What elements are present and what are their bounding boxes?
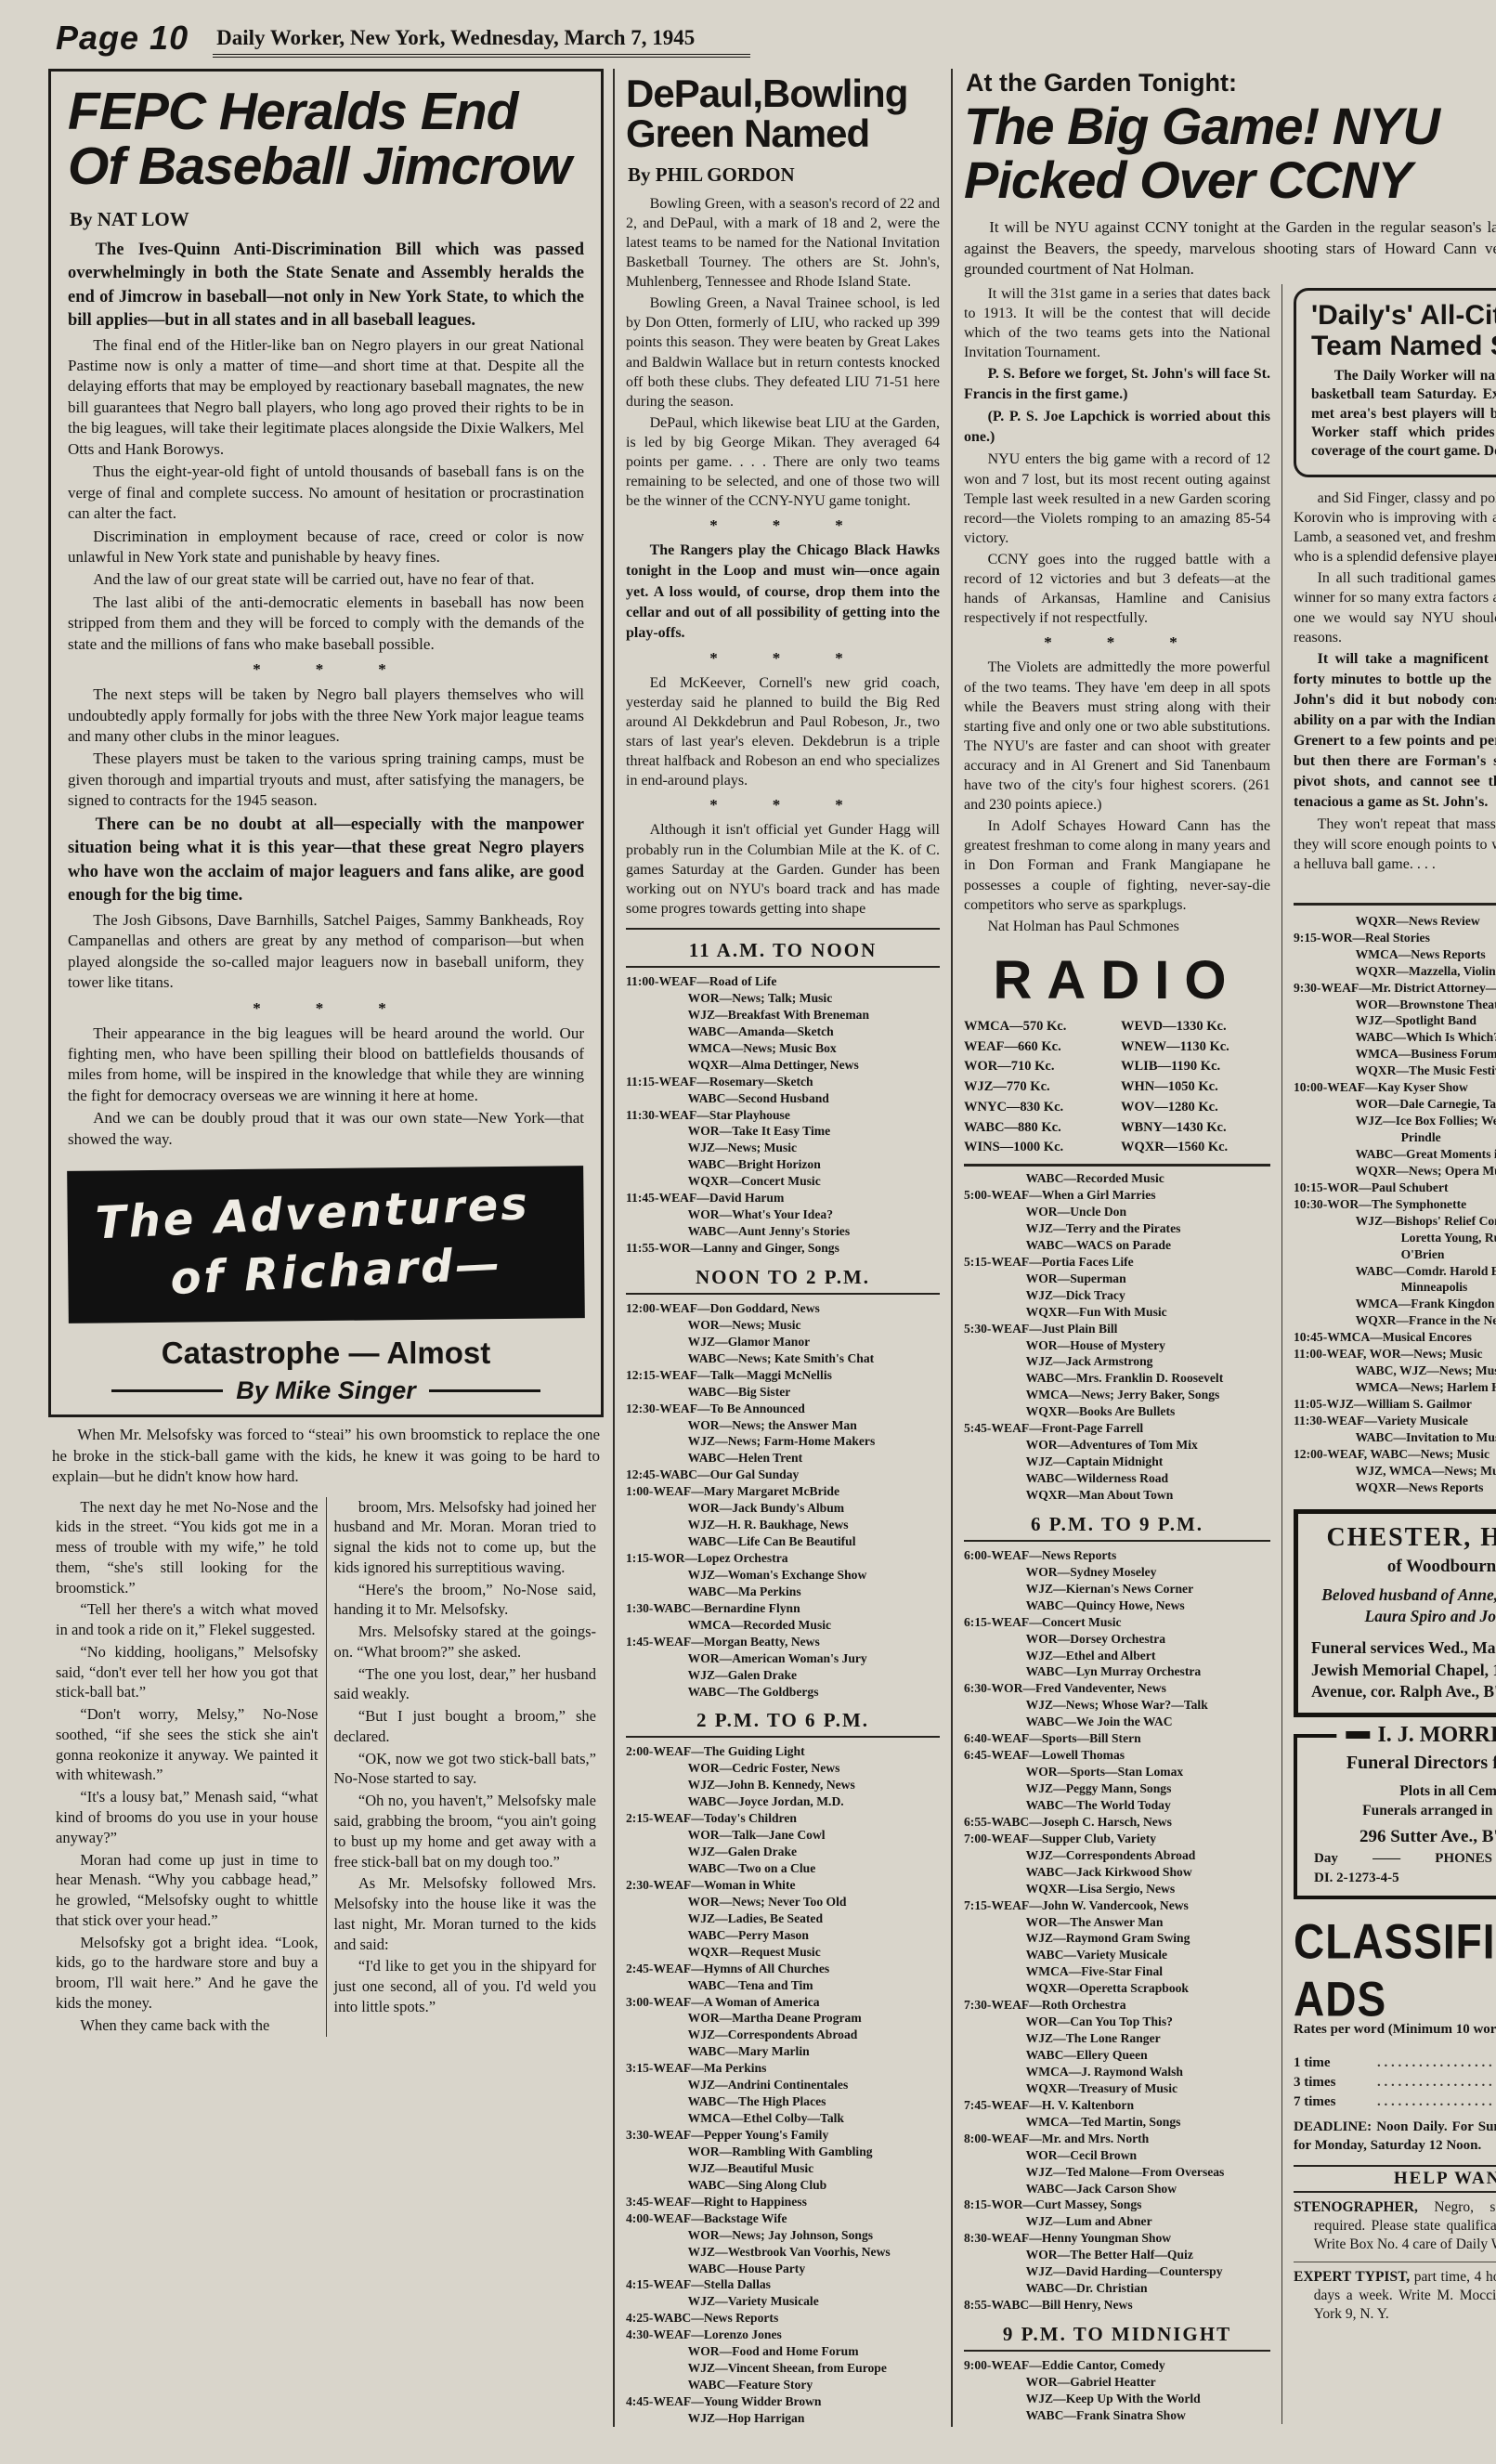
radio-station: WQXR—1560 Kc. [1121, 1138, 1270, 1158]
radio-listing: WABC—Feature Story [626, 2377, 940, 2393]
radio-listing: WQXR—News Review [1294, 913, 1496, 930]
radio-listing: WOR—Superman [964, 1271, 1270, 1287]
radio-listing: WJZ—Kiernan's News Corner [964, 1581, 1270, 1597]
radio-listing: 5:00-WEAF—When a Girl Marries [964, 1187, 1270, 1204]
radio-listing: WOR—News; Jay Johnson, Songs [626, 2227, 940, 2244]
richard-feature: The Adventures of Richard— Catastrophe —… [48, 1154, 604, 1417]
radio-station: WHN—1050 Kc. [1121, 1077, 1270, 1098]
radio-listing: WOR—What's Your Idea? [626, 1206, 940, 1223]
radio-listing: 4:30-WEAF—Lorenzo Jones [626, 2327, 940, 2343]
radio-station: WABC—880 Kc. [964, 1118, 1113, 1139]
radio-listing: WJZ—Bishops' Relief Committee Program—Wi… [1294, 1213, 1496, 1263]
radio-listing: 11:30-WEAF—Star Playhouse [626, 1107, 940, 1124]
star-separator: * * * [626, 649, 940, 668]
radio-listing: WJZ—Woman's Exchange Show [626, 1567, 940, 1584]
paragraph: “Don't worry, Melsy,” No-Nose soothed, “… [56, 1704, 319, 1785]
radio-listing: 4:25-WABC—News Reports [626, 2310, 940, 2327]
radio-listing: WJZ—Lum and Abner [964, 2213, 1270, 2230]
radio-listing: WABC—Sing Along Club [626, 2177, 940, 2194]
paragraph: “But I just bought a broom,” she declare… [334, 1706, 597, 1747]
radio-listing: WJZ—John B. Kennedy, News [626, 1777, 940, 1793]
radio-listing: WMCA—Business Forum [1294, 1046, 1496, 1063]
radio-listing: 6:55-WABC—Joseph C. Harsch, News [964, 1814, 1270, 1831]
radio-listing: WABC—Which Is Which?—Quiz [1294, 1029, 1496, 1046]
classified-deadline: DEADLINE: Noon Daily. For Sunday Thursda… [1294, 2118, 1496, 2156]
radio-listing: WABC—Helen Trent [626, 1450, 940, 1467]
radio-evening-pre: WABC—Recorded Music5:00-WEAF—When a Girl… [964, 1170, 1270, 1504]
obituary-tribute: Beloved husband of Anne, devoted father … [1311, 1584, 1496, 1628]
radio-listing: WOR—Dale Carnegie, Talk [1294, 1096, 1496, 1113]
radio-listing: WABC—The Goldbergs [626, 1684, 940, 1701]
paragraph: The next day he met No-Nose and the kids… [56, 1497, 319, 1598]
radio-listing: WQXR—Concert Music [626, 1173, 940, 1190]
radio-listing: WABC—Mary Marlin [626, 2043, 940, 2060]
radio-listing: WJZ—Variety Musicale [626, 2293, 940, 2310]
paragraph: There can be no doubt at all—especially … [68, 814, 584, 908]
radio-listing: WJZ—David Harding—Counterspy [964, 2263, 1270, 2280]
rate-row: 1 time. . . . . . . . . . . . . . . . . … [1294, 2053, 1496, 2073]
radio-listing: WJZ—News; Music [626, 1140, 940, 1156]
paragraph: When Mr. Melsofsky was forced to “steai”… [52, 1425, 600, 1487]
radio-station: WOV—1280 Kc. [1121, 1098, 1270, 1118]
divider [626, 928, 940, 930]
radio-timeband-header: 11 A.M. TO NOON [626, 939, 940, 962]
radio-listing: WJZ—Correspondents Abroad [626, 2027, 940, 2043]
paragraph: And we can be doubly proud that it was o… [68, 1108, 584, 1150]
radio-station: WINS—1000 Kc. [964, 1138, 1113, 1158]
radio-listing: 4:00-WEAF—Backstage Wife [626, 2210, 940, 2227]
radio-station: WNEW—1130 Kc. [1121, 1037, 1270, 1058]
column-fepc: FEPC Heralds End Of Baseball Jimcrow By … [48, 69, 604, 2427]
radio-listing: WABC—Frank Sinatra Show [964, 2407, 1270, 2424]
radio-listing: 4:45-WEAF—Young Widder Brown [626, 2393, 940, 2410]
radio-listing: WABC, WJZ—News; Music [1294, 1362, 1496, 1379]
divider [964, 2350, 1270, 2352]
radio-listing: WABC—Bright Horizon [626, 1156, 940, 1173]
paragraph: The Ives-Quinn Anti-Discrimination Bill … [68, 239, 584, 333]
radio-listing: WMCA—News; Jerry Baker, Songs [964, 1387, 1270, 1403]
radio-stations: WMCA—570 Kc.WEAF—660 Kc.WOR—710 Kc.WJZ—7… [964, 1017, 1270, 1158]
radio-listing: WJZ—Westbrook Van Voorhis, News [626, 2244, 940, 2261]
paragraph: The final end of the Hitler-like ban on … [68, 335, 584, 461]
biggame-kicker: At the Garden Tonight: [966, 69, 1496, 98]
radio-listing: WJZ—Jack Armstrong [964, 1353, 1270, 1370]
radio-station: WJZ—770 Kc. [964, 1077, 1113, 1098]
radio-listing: WOR—Gabriel Heatter [964, 2374, 1270, 2391]
radio-listing: WJZ—Terry and the Pirates [964, 1220, 1270, 1237]
radio-listing: WABC—Lyn Murray Orchestra [964, 1663, 1270, 1680]
classified-ad: STENOGRAPHER, Negro, some legal experien… [1294, 2198, 1496, 2254]
paragraph: “I'd like to get you in the shipyard for… [334, 1956, 597, 2016]
radio-listing: WOR—House of Mystery [964, 1337, 1270, 1354]
radio-listing: 5:15-WEAF—Portia Faces Life [964, 1254, 1270, 1271]
obituary-place: of Woodbourne, N. Y. [1311, 1557, 1496, 1577]
radio-listing: 7:00-WEAF—Supper Club, Variety [964, 1831, 1270, 1847]
radio-listing: 8:15-WOR—Curt Massey, Songs [964, 2197, 1270, 2213]
radio-listing: 9:30-WEAF—Mr. District Attorney—Play [1294, 980, 1496, 997]
radio-listing: WOR—Cedric Foster, News [626, 1760, 940, 1777]
radio-listing: 10:30-WOR—The Symphonette [1294, 1196, 1496, 1213]
radio-listing: 2:00-WEAF—The Guiding Light [626, 1743, 940, 1760]
morris-phone-numbers: DI. 2-1273-4-5 DI. 2-2726 [1310, 1871, 1496, 1886]
radio-listing: WABC—Recorded Music [964, 1170, 1270, 1187]
paper-dateline: Daily Worker, New York, Wednesday, March… [213, 26, 750, 58]
radio-schedule-late: WQXR—News Review9:15-WOR—Real StoriesWMC… [1294, 913, 1496, 1496]
radio-listing: 12:45-WABC—Our Gal Sunday [626, 1467, 940, 1483]
radio-listing: WABC—Perry Mason [626, 1927, 940, 1944]
radio-listing: WJZ—Ethel and Albert [964, 1648, 1270, 1664]
paragraph: broom, Mrs. Melsofsky had joined her hus… [334, 1497, 597, 1578]
radio-listing: WABC—Two on a Clue [626, 1860, 940, 1877]
radio-listing: 11:45-WEAF—David Harum [626, 1190, 940, 1206]
radio-listing: WABC—The World Today [964, 1797, 1270, 1814]
divider [964, 1540, 1270, 1542]
paragraph: “It's a lousy bat,” Menash said, “what k… [56, 1787, 319, 1847]
radio-listing: WJZ—News; Farm-Home Makers [626, 1433, 940, 1450]
radio-listing: 6:45-WEAF—Lowell Thomas [964, 1747, 1270, 1764]
radio-listing: 3:15-WEAF—Ma Perkins [626, 2060, 940, 2077]
radio-listing: WQXR—Mazzella, Violin [1294, 963, 1496, 980]
radio-listing: 11:05-WJZ—William S. Gailmor [1294, 1396, 1496, 1413]
radio-listing: 11:30-WEAF—Variety Musicale [1294, 1413, 1496, 1429]
radio-listing: WABC—Ellery Queen [964, 2047, 1270, 2064]
radio-listing: WQXR—News Reports [1294, 1480, 1496, 1496]
radio-listing: WJZ—Galen Drake [626, 1667, 940, 1684]
radio-listing: WABC—Jack Carson Show [964, 2181, 1270, 2197]
paragraph: It will the 31st game in a series that d… [964, 284, 1270, 362]
radio-schedule-day: 11 A.M. TO NOON11:00-WEAF—Road of LifeWO… [626, 939, 940, 2427]
radio-listing: WQXR—Lisa Sergio, News [964, 1881, 1270, 1897]
radio-listing: WQXR—Request Music [626, 1944, 940, 1961]
paragraph: The Rangers play the Chicago Black Hawks… [626, 541, 940, 643]
radio-listing: WJZ—Keep Up With the World [964, 2391, 1270, 2407]
paragraph: DePaul, which likewise beat LIU at the G… [626, 413, 940, 512]
radio-listing: WABC—Ma Perkins [626, 1584, 940, 1600]
radio-listing: 3:00-WEAF—A Woman of America [626, 1994, 940, 2011]
radio-listing: 11:00-WEAF, WOR—News; Music [1294, 1346, 1496, 1362]
radio-listing: WABC—Big Sister [626, 1384, 940, 1401]
radio-listing: WOR—Food and Home Forum [626, 2343, 940, 2360]
radio-listing: WOR—Adventures of Tom Mix [964, 1437, 1270, 1454]
radio-listing: WABC—The High Places [626, 2093, 940, 2110]
radio-station: WNYC—830 Kc. [964, 1098, 1113, 1118]
richard-banner: The Adventures of Richard— [67, 1166, 585, 1323]
radio-listing: WABC—Amanda—Sketch [626, 1023, 940, 1040]
biggame-col1: It will the 31st game in a series that d… [964, 284, 1282, 2424]
paragraph: Moran had come up just in time to hear M… [56, 1850, 319, 1931]
radio-timeband-header: 6 P.M. TO 9 P.M. [964, 1513, 1270, 1536]
classified-rate-columns: Daily Sunday [1294, 2038, 1496, 2053]
radio-listing: WABC—Aunt Jenny's Stories [626, 1223, 940, 1240]
radio-listing: WOR—News; Talk; Music [626, 990, 940, 1007]
radio-listing: 9:15-WOR—Real Stories [1294, 930, 1496, 946]
radio-listing: WOR—Uncle Don [964, 1204, 1270, 1220]
paragraph: and Sid Finger, classy and polished floo… [1294, 489, 1496, 567]
help-wanted-header: HELP WANTED [1294, 2165, 1496, 2193]
radio-listing: WJZ—Andrini Continentales [626, 2077, 940, 2093]
radio-listing: WJZ—Vincent Sheean, from Europe [626, 2360, 940, 2377]
paragraph: It will take a magnificent defensive gam… [1294, 649, 1496, 814]
radio-listing: 7:15-WEAF—John W. Vandercook, News [964, 1897, 1270, 1914]
radio-listing: WABC—Mrs. Franklin D. Roosevelt [964, 1370, 1270, 1387]
classified-ads-list: STENOGRAPHER, Negro, some legal experien… [1294, 2198, 1496, 2325]
radio-listing: 6:00-WEAF—News Reports [964, 1547, 1270, 1564]
radio-listing: WMCA—News; Music Box [626, 1040, 940, 1057]
radio-listing: WOR—Rambling With Gambling [626, 2144, 940, 2160]
column-right: At the Garden Tonight: The Big Game! NYU… [953, 69, 1496, 2427]
radio-listing: 12:00-WEAF—Don Goddard, News [626, 1300, 940, 1317]
radio-listing: WQXR—The Music Festival [1294, 1063, 1496, 1079]
radio-listing: WABC—Variety Musicale [964, 1947, 1270, 1963]
radio-listing: WQXR—Alma Dettinger, News [626, 1057, 940, 1074]
radio-listing: 3:45-WEAF—Right to Happiness [626, 2194, 940, 2210]
radio-listing: 2:15-WEAF—Today's Children [626, 1810, 940, 1827]
fepc-article: FEPC Heralds End Of Baseball Jimcrow By … [48, 69, 604, 1154]
radio-listing: 1:15-WOR—Lopez Orchestra [626, 1550, 940, 1567]
star-separator: * * * [626, 516, 940, 535]
divider [626, 1293, 940, 1295]
radio-section-title: RADIO [964, 949, 1270, 1011]
radio-listing: WMCA—Recorded Music [626, 1617, 940, 1634]
radio-listing: 6:30-WOR—Fred Vandeventer, News [964, 1680, 1270, 1697]
richard-story-col2: broom, Mrs. Melsofsky had joined her hus… [326, 1497, 605, 2038]
paragraph: The next steps will be taken by Negro ba… [68, 684, 584, 747]
fepc-byline: By NAT LOW [70, 208, 584, 231]
paragraph: The Violets are admittedly the more powe… [964, 658, 1270, 815]
obituary-box: CHESTER, HERMAN of Woodbourne, N. Y. Bel… [1294, 1509, 1496, 1717]
radio-listing: WOR—News; the Answer Man [626, 1417, 940, 1434]
richard-story-col1: The next day he met No-Nose and the kids… [48, 1497, 326, 2038]
radio-listing: 11:15-WEAF—Rosemary—Sketch [626, 1074, 940, 1090]
radio-listing: 12:00-WEAF, WABC—News; Music [1294, 1446, 1496, 1463]
radio-listing: 11:00-WEAF—Road of Life [626, 973, 940, 990]
paragraph: “Tell her there's a witch what moved in … [56, 1599, 319, 1640]
paragraph: And the law of our great state will be c… [68, 569, 584, 590]
funeral-directors-box: I. J. MORRIS, Inc. Funeral Directors for… [1294, 1734, 1496, 1899]
paragraph: They won't repeat that massacre against … [1294, 815, 1496, 873]
paragraph: “No kidding, hooligans,” Melsofsky said,… [56, 1642, 319, 1702]
radio-listing: 9:00-WEAF—Eddie Cantor, Comedy [964, 2357, 1270, 2374]
radio-listing: WABC—Second Husband [626, 1090, 940, 1107]
rate-row: 7 times. . . . . . . . . . . . . . . . .… [1294, 2092, 1496, 2112]
fepc-body: The Ives-Quinn Anti-Discrimination Bill … [68, 239, 584, 1151]
paragraph: Bowling Green, a Naval Trainee school, i… [626, 293, 940, 411]
paragraph: Bowling Green, with a season's record of… [626, 194, 940, 293]
radio-listing: 1:30-WABC—Bernardine Flynn [626, 1600, 940, 1617]
paragraph: Ed McKeever, Cornell's new grid coach, y… [626, 673, 940, 791]
paragraph: Thus the eight-year-old fight of untold … [68, 462, 584, 524]
radio-listing: WJZ—Spotlight Band [1294, 1012, 1496, 1029]
radio-listing: WABC—Quincy Howe, News [964, 1597, 1270, 1614]
radio-listing: WJZ—Beautiful Music [626, 2160, 940, 2177]
radio-timeband-header: NOON TO 2 P.M. [626, 1266, 940, 1289]
radio-listing: WJZ—Breakfast With Breneman [626, 1007, 940, 1023]
paragraph: The last alibi of the anti-democratic el… [68, 593, 584, 655]
radio-listing: WABC—Wilderness Road [964, 1470, 1270, 1487]
radio-listing: WJZ—Ted Malone—From Overseas [964, 2164, 1270, 2181]
biggame-headline: The Big Game! NYU Picked Over CCNY [964, 99, 1496, 206]
radio-listing: 7:45-WEAF—H. V. Kaltenborn [964, 2097, 1270, 2114]
star-separator: * * * [964, 633, 1270, 652]
classified-title: CLASSIFIED ADS [1294, 1912, 1496, 2027]
paragraph: Melsofsky got a bright idea. “Look, kids… [56, 1933, 319, 2014]
radio-listing: 11:55-WOR—Lanny and Ginger, Songs [626, 1240, 940, 1257]
radio-listing: WJZ—News; Whose War?—Talk [964, 1697, 1270, 1714]
radio-listing: 1:00-WEAF—Mary Margaret McBride [626, 1483, 940, 1500]
radio-listing: WJZ—The Lone Ranger [964, 2030, 1270, 2047]
paragraph: The Daily Worker will name its annual al… [1311, 367, 1496, 462]
classified-ad: EXPERT TYPIST, part time, 4 hours a day,… [1294, 2262, 1496, 2324]
radio-listing: 7:30-WEAF—Roth Orchestra [964, 1997, 1270, 2014]
radio-listing: WMCA—Ted Martin, Songs [964, 2114, 1270, 2131]
paragraph: Mrs. Melsofsky stared at the goings-on. … [334, 1622, 597, 1662]
richard-story: The next day he met No-Nose and the kids… [48, 1497, 604, 2038]
radio-station: WLIB—1190 Kc. [1121, 1057, 1270, 1077]
radio-listing: WMCA—News Reports [1294, 946, 1496, 963]
radio-listing: 4:15-WEAF—Stella Dallas [626, 2276, 940, 2293]
obituary-services: Funeral services Wed., Mar. 7, 2 P.M. at… [1311, 1637, 1496, 1703]
morris-phones: Day —— PHONES —— Night [1310, 1851, 1496, 1867]
radio-listing: WMCA—Five-Star Final [964, 1963, 1270, 1980]
radio-listing: WABC—House Party [626, 2261, 940, 2277]
paragraph: Discrimination in employment because of … [68, 527, 584, 568]
radio-schedule-evening: 6 P.M. TO 9 P.M.6:00-WEAF—News ReportsWO… [964, 1513, 1270, 2424]
paragraph: In Adolf Schayes Howard Cann has the gre… [964, 816, 1270, 915]
radio-listing: 10:45-WMCA—Musical Encores [1294, 1329, 1496, 1346]
radio-station: WEAF—660 Kc. [964, 1037, 1113, 1058]
rate-row: 3 times. . . . . . . . . . . . . . . . .… [1294, 2073, 1496, 2092]
divider [964, 1164, 1270, 1167]
radio-listing: 5:30-WEAF—Just Plain Bill [964, 1321, 1270, 1337]
radio-listing: WOR—American Woman's Jury [626, 1650, 940, 1667]
allcity-box: 'Daily's' All-City Team Named Sat. The D… [1294, 288, 1496, 477]
radio-listing: WABC—Jack Kirkwood Show [964, 1864, 1270, 1881]
radio-listing: WJZ—Galen Drake [626, 1844, 940, 1860]
radio-listing: WOR—Jack Bundy's Album [626, 1500, 940, 1517]
divider [1294, 903, 1496, 906]
divider [626, 1736, 940, 1738]
radio-listing: WJZ—Dick Tracy [964, 1287, 1270, 1304]
paragraph: (P. P. S. Joe Lapchick is worried about … [964, 407, 1270, 448]
masthead: Page 10 Daily Worker, New York, Wednesda… [48, 13, 1461, 61]
paragraph: Their appearance in the big leagues will… [68, 1023, 584, 1107]
classified-section: CLASSIFIED ADS Rates per word (Minimum 1… [1294, 1912, 1496, 2324]
star-separator: * * * [626, 796, 940, 815]
radio-listing: WABC—Tena and Tim [626, 1977, 940, 1994]
radio-listing: WJZ—Peggy Mann, Songs [964, 1780, 1270, 1797]
radio-listing: 8:55-WABC—Bill Henry, News [964, 2297, 1270, 2314]
radio-listing: WABC—Comdr. Harold E. Stassen, Speaking … [1294, 1263, 1496, 1297]
radio-listing: WJZ—Ice Box Follies; Wendell Niles and D… [1294, 1113, 1496, 1146]
radio-listing: WABC—Invitation to Music [1294, 1429, 1496, 1446]
radio-listing: WABC—News; Kate Smith's Chat [626, 1350, 940, 1367]
page-number: Page 10 [56, 19, 189, 58]
richard-title: Catastrophe — Almost [68, 1336, 584, 1371]
morris-title: I. J. MORRIS, Inc. [1336, 1723, 1496, 1748]
paragraph: In all such traditional games it is diff… [1294, 568, 1496, 646]
paragraph: As Mr. Melsofsky followed Mrs. Melsofsky… [334, 1873, 597, 1954]
radio-listing: WOR—Can You Top This? [964, 2014, 1270, 2030]
radio-listing: WJZ—Ladies, Be Seated [626, 1910, 940, 1927]
radio-station: WOR—710 Kc. [964, 1057, 1113, 1077]
radio-listing: WOR—Martha Deane Program [626, 2010, 940, 2027]
radio-listing: WABC—We Join the WAC [964, 1714, 1270, 1730]
radio-listing: WABC—Dr. Christian [964, 2280, 1270, 2297]
radio-listing: WOR—Sydney Moseley [964, 1564, 1270, 1581]
radio-listing: WQXR—Man About Town [964, 1487, 1270, 1504]
radio-station: WEVD—1330 Kc. [1121, 1017, 1270, 1037]
radio-listing: 2:45-WEAF—Hymns of All Churches [626, 1961, 940, 1977]
divider [626, 966, 940, 968]
radio-listing: WOR—News; Music [626, 1317, 940, 1334]
column-middle: DePaul,Bowling Green Named By PHIL GORDO… [613, 69, 953, 2427]
morris-address: 296 Sutter Ave., B'klyn, N. Y. [1310, 1827, 1496, 1847]
radio-listing: WQXR—Operetta Scrapbook [964, 1980, 1270, 1997]
biggame-col2: 'Daily's' All-City Team Named Sat. The D… [1282, 284, 1496, 2424]
radio-listing: 12:30-WEAF—To Be Announced [626, 1401, 940, 1417]
radio-listing: WJZ—H. R. Baukhage, News [626, 1517, 940, 1533]
fepc-headline: FEPC Heralds End Of Baseball Jimcrow [68, 85, 584, 195]
radio-timeband-header: 2 P.M. TO 6 P.M. [626, 1709, 940, 1732]
morris-subtitle: Funeral Directors for the IWO [1310, 1753, 1496, 1774]
radio-listing: WOR—News; Never Too Old [626, 1894, 940, 1910]
paragraph: The Josh Gibsons, Dave Barnhills, Satche… [68, 910, 584, 994]
paragraph: When they came back with the [56, 2015, 319, 2036]
radio-listing: WOR—Talk—Jane Cowl [626, 1827, 940, 1844]
paragraph: Nat Holman has Paul Schmones [964, 917, 1270, 936]
radio-listing: 6:15-WEAF—Concert Music [964, 1614, 1270, 1631]
radio-listing: WOR—Sports—Stan Lomax [964, 1764, 1270, 1780]
richard-intro: When Mr. Melsofsky was forced to “steai”… [48, 1417, 604, 1487]
paragraph: These players must be taken to the vario… [68, 749, 584, 811]
radio-listing: WMCA—Frank Kingdon [1294, 1296, 1496, 1312]
paragraph: It will be NYU against CCNY tonight at t… [964, 217, 1496, 280]
radio-listing: 3:30-WEAF—Pepper Young's Family [626, 2127, 940, 2144]
paragraph: CCNY goes into the rugged battle with a … [964, 550, 1270, 628]
radio-listing: WJZ—Raymond Gram Swing [964, 1930, 1270, 1947]
radio-listing: WABC—Great Moments in Music [1294, 1146, 1496, 1163]
radio-listing: 5:45-WEAF—Front-Page Farrell [964, 1420, 1270, 1437]
radio-listing: 2:30-WEAF—Woman in White [626, 1877, 940, 1894]
radio-listing: WOR—Take It Easy Time [626, 1123, 940, 1140]
obituary-name: CHESTER, HERMAN [1311, 1523, 1496, 1553]
radio-station: WBNY—1430 Kc. [1121, 1118, 1270, 1139]
depaul-byline: By PHIL GORDON [628, 163, 940, 187]
radio-listing: WJZ, WMCA—News; Music [1294, 1463, 1496, 1480]
newspaper-page: Page 10 Daily Worker, New York, Wednesda… [0, 0, 1496, 2464]
star-separator: * * * [68, 660, 584, 679]
radio-listing: WABC—Joyce Jordan, M.D. [626, 1793, 940, 1810]
radio-listing: WJZ—Hop Harrigan [626, 2410, 940, 2427]
radio-listing: WQXR—France in the News [1294, 1312, 1496, 1329]
paragraph: P. S. Before we forget, St. John's will … [964, 364, 1270, 405]
radio-listing: WJZ—Correspondents Abroad [964, 1847, 1270, 1864]
paragraph: “Oh no, you haven't,” Melsofsky male sai… [334, 1791, 597, 1871]
paragraph: “Here's the broom,” No-Nose said, handin… [334, 1580, 597, 1621]
star-separator: * * * [68, 999, 584, 1018]
biggame-lead: It will be NYU against CCNY tonight at t… [964, 217, 1496, 280]
radio-listing: 1:45-WEAF—Morgan Beatty, News [626, 1634, 940, 1650]
radio-listing: WABC—WACS on Parade [964, 1237, 1270, 1254]
radio-listing: WQXR—Books Are Bullets [964, 1403, 1270, 1420]
radio-listing: WOR—Dorsey Orchestra [964, 1631, 1270, 1648]
radio-listing: 12:15-WEAF—Talk—Maggi McNellis [626, 1367, 940, 1384]
paragraph: “OK, now we got two stick-ball bats,” No… [334, 1749, 597, 1790]
radio-timeband-header: 9 P.M. TO MIDNIGHT [964, 2323, 1270, 2346]
radio-listing: WABC—Life Can Be Beautiful [626, 1533, 940, 1550]
radio-listing: WMCA—Ethel Colby—Talk [626, 2110, 940, 2127]
radio-listing: WQXR—Treasury of Music [964, 2080, 1270, 2097]
